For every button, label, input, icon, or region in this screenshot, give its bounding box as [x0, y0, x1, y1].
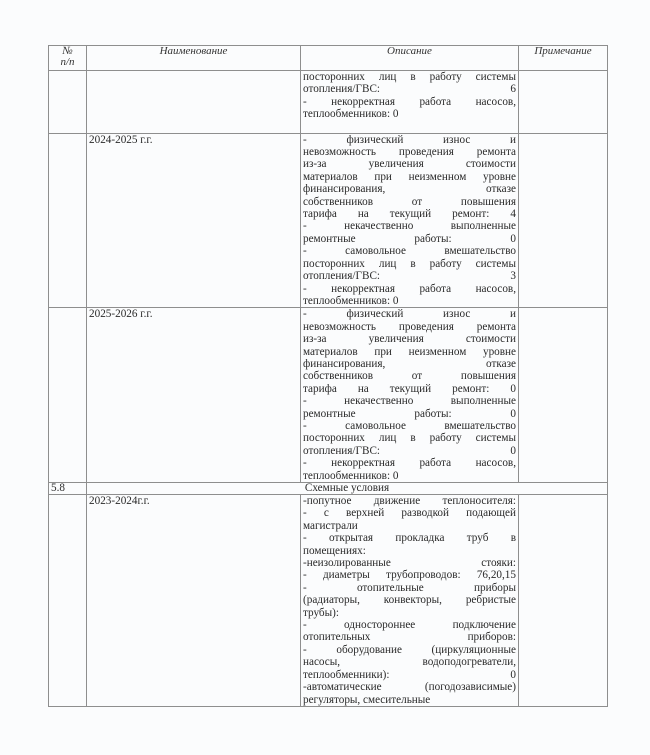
description-line: - самовольное вмешательство — [303, 245, 516, 257]
description-line: посторонних лиц в работу системы — [303, 432, 516, 444]
description-line: теплообменники): 0 — [303, 669, 516, 681]
row-name: 2025-2026 г.г. — [87, 308, 301, 483]
header-num-line2: п/п — [60, 56, 74, 68]
description-line: -попутное движение теплоносителя: — [303, 495, 516, 507]
description-line: ремонтные работы: 0 — [303, 408, 516, 420]
description-line: теплообменников: 0 — [303, 108, 516, 120]
row-note — [519, 71, 608, 134]
description-line: из-за увеличения стоимости — [303, 158, 516, 170]
description-line: - некачественно выполненные — [303, 220, 516, 232]
table-body: посторонних лиц в работу системыотоплени… — [49, 71, 608, 707]
description-line: тарифа на текущий ремонт: 0 — [303, 383, 516, 395]
description-line: собственников от повышения — [303, 370, 516, 382]
description-line: - отопительные приборы — [303, 582, 516, 594]
description-line: - одностороннее подключение — [303, 619, 516, 631]
table-row: 2024-2025 г.г.- физический износ иневозм… — [49, 133, 608, 308]
description-line: финансирования, отказе — [303, 183, 516, 195]
document-page: № п/п Наименование Описание Примечание п… — [0, 0, 650, 755]
description-line: отопления/ГВС: 6 — [303, 83, 516, 95]
table-row: посторонних лиц в работу системыотоплени… — [49, 71, 608, 134]
table-row: 2023-2024г.г.-попутное движение теплонос… — [49, 495, 608, 707]
spacer — [303, 121, 516, 133]
description-line: собственников от повышения — [303, 196, 516, 208]
row-name: 2023-2024г.г. — [87, 495, 301, 707]
description-line: невозможность проведения ремонта — [303, 321, 516, 333]
description-line: отопления/ГВС: 3 — [303, 270, 516, 282]
header-note: Примечание — [519, 46, 608, 71]
header-name: Наименование — [87, 46, 301, 71]
section-num: 5.8 — [49, 483, 87, 495]
description-line: из-за увеличения стоимости — [303, 333, 516, 345]
description-line: ремонтные работы: 0 — [303, 233, 516, 245]
description-line: материалов при неизменном уровне — [303, 346, 516, 358]
description-line: невозможность проведения ремонта — [303, 146, 516, 158]
description-line: - диаметры трубопроводов: 76,20,15 — [303, 569, 516, 581]
row-num — [49, 133, 87, 308]
table-header-row: № п/п Наименование Описание Примечание — [49, 46, 608, 71]
description-line: -автоматические (погодозависимые) — [303, 681, 516, 693]
description-line: теплообменников: 0 — [303, 295, 516, 307]
description-table: № п/п Наименование Описание Примечание п… — [48, 45, 608, 707]
description-line: магистрали — [303, 520, 516, 532]
row-name: 2024-2025 г.г. — [87, 133, 301, 308]
description-line: -неизолированные стояки: — [303, 557, 516, 569]
row-note — [519, 308, 608, 483]
description-line: регуляторы, смесительные — [303, 694, 516, 706]
row-num — [49, 308, 87, 483]
description-line: тарифа на текущий ремонт: 4 — [303, 208, 516, 220]
description-line: отопительных приборов: — [303, 631, 516, 643]
description-line: - некорректная работа насосов, — [303, 96, 516, 108]
description-line: (радиаторы, конвекторы, ребристые — [303, 594, 516, 606]
description-line: - некорректная работа насосов, — [303, 457, 516, 469]
row-num — [49, 495, 87, 707]
description-line: материалов при неизменном уровне — [303, 171, 516, 183]
header-num: № п/п — [49, 46, 87, 71]
description-line: трубы): — [303, 607, 516, 619]
description-line: - физический износ и — [303, 308, 516, 320]
section-title: Схемные условия — [87, 483, 608, 495]
description-line: теплообменников: 0 — [303, 470, 516, 482]
row-note — [519, 495, 608, 707]
description-line: отопления/ГВС: 0 — [303, 445, 516, 457]
table-row: 2025-2026 г.г.- физический износ иневозм… — [49, 308, 608, 483]
description-line: - самовольное вмешательство — [303, 420, 516, 432]
section-row: 5.8Схемные условия — [49, 483, 608, 495]
description-line: - открытая прокладка труб в — [303, 532, 516, 544]
row-num — [49, 71, 87, 134]
row-description: -попутное движение теплоносителя:- с вер… — [301, 495, 519, 707]
description-line: - некачественно выполненные — [303, 395, 516, 407]
description-line: помещениях: — [303, 545, 516, 557]
header-description: Описание — [301, 46, 519, 71]
description-line: - некорректная работа насосов, — [303, 283, 516, 295]
description-line: насосы, водоподогреватели, — [303, 656, 516, 668]
row-note — [519, 133, 608, 308]
row-description: - физический износ иневозможность провед… — [301, 133, 519, 308]
description-line: финансирования, отказе — [303, 358, 516, 370]
description-line: посторонних лиц в работу системы — [303, 258, 516, 270]
description-line: - оборудование (циркуляционные — [303, 644, 516, 656]
description-line: - физический износ и — [303, 134, 516, 146]
row-name — [87, 71, 301, 134]
row-description: - физический износ иневозможность провед… — [301, 308, 519, 483]
description-line: посторонних лиц в работу системы — [303, 71, 516, 83]
row-description: посторонних лиц в работу системыотоплени… — [301, 71, 519, 134]
description-line: - с верхней разводкой подающей — [303, 507, 516, 519]
